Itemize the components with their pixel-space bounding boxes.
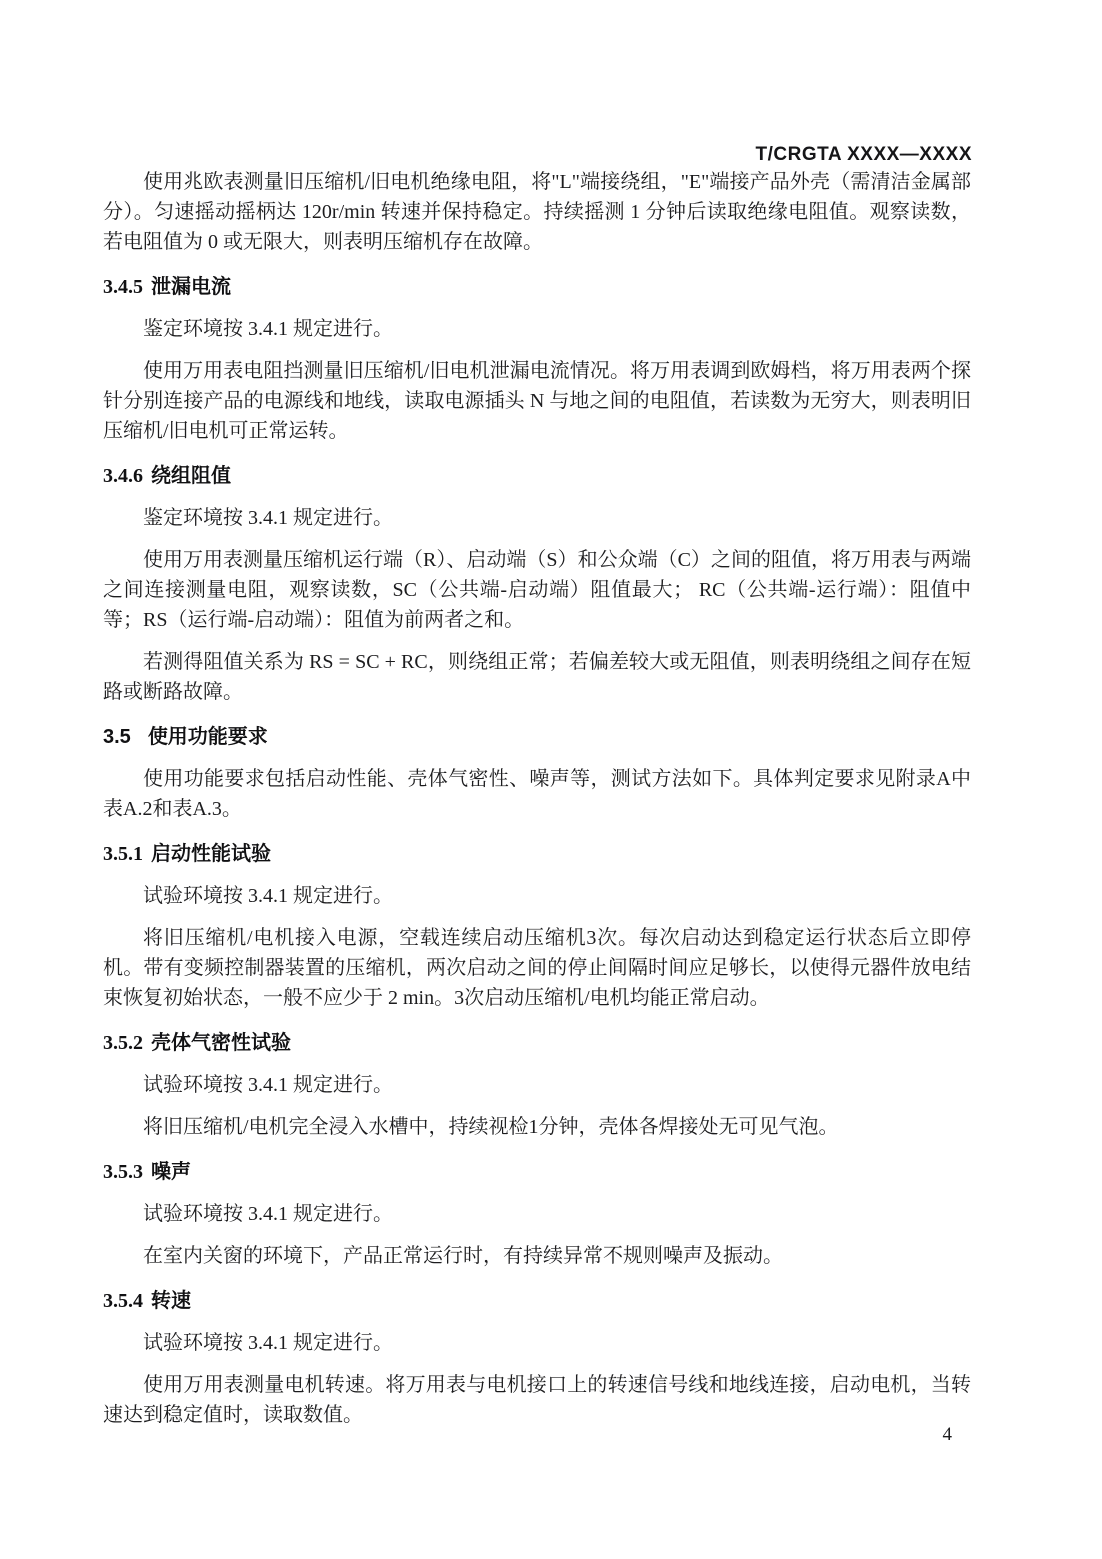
section-heading-3-5: 3.5使用功能要求 (103, 722, 971, 752)
section-heading-3-4-6: 3.4.6绕组阻值 (103, 461, 971, 491)
paragraph-env-3-4-5: 鉴定环境按 3.4.1 规定进行。 (103, 314, 971, 344)
heading-title: 噪声 (151, 1161, 191, 1183)
heading-number: 3.5.4 (103, 1290, 143, 1312)
heading-title: 绕组阻值 (151, 465, 231, 487)
paragraph-winding-resistance: 使用万用表测量压缩机运行端（R）、启动端（S）和公众端（C）之间的阻值，将万用表… (103, 545, 971, 635)
section-heading-3-5-4: 3.5.4转速 (103, 1286, 971, 1316)
paragraph-env-3-5-4: 试验环境按 3.4.1 规定进行。 (103, 1328, 971, 1358)
heading-title: 泄漏电流 (151, 276, 231, 298)
heading-title: 启动性能试验 (151, 843, 271, 865)
paragraph-airtightness-test: 将旧压缩机/电机完全浸入水槽中，持续视检1分钟，壳体各焊接处无可见气泡。 (103, 1112, 971, 1142)
section-heading-3-4-5: 3.4.5泄漏电流 (103, 272, 971, 302)
document-content: 使用兆欧表测量旧压缩机/旧电机绝缘电阻，将"L"端接绕组，"E"端接产品外壳（需… (103, 167, 971, 1430)
heading-number: 3.5 (103, 726, 131, 748)
paragraph-env-3-5-2: 试验环境按 3.4.1 规定进行。 (103, 1070, 971, 1100)
heading-number: 3.5.1 (103, 843, 143, 865)
section-heading-3-5-1: 3.5.1启动性能试验 (103, 839, 971, 869)
heading-title: 壳体气密性试验 (151, 1032, 291, 1054)
heading-title: 使用功能要求 (148, 726, 268, 748)
document-page: T/CRGTA XXXX—XXXX 使用兆欧表测量旧压缩机/旧电机绝缘电阻，将"… (0, 0, 1102, 1559)
paragraph-function-requirements: 使用功能要求包括启动性能、壳体气密性、噪声等，测试方法如下。具体判定要求见附录A… (103, 764, 971, 824)
heading-number: 3.4.6 (103, 465, 143, 487)
heading-number: 3.5.3 (103, 1161, 143, 1183)
paragraph-env-3-5-1: 试验环境按 3.4.1 规定进行。 (103, 881, 971, 911)
page-number: 4 (943, 1424, 953, 1446)
paragraph-env-3-5-3: 试验环境按 3.4.1 规定进行。 (103, 1199, 971, 1229)
paragraph-env-3-4-6: 鉴定环境按 3.4.1 规定进行。 (103, 503, 971, 533)
heading-number: 3.4.5 (103, 276, 143, 298)
section-heading-3-5-3: 3.5.3噪声 (103, 1157, 971, 1187)
paragraph-insulation-resistance: 使用兆欧表测量旧压缩机/旧电机绝缘电阻，将"L"端接绕组，"E"端接产品外壳（需… (103, 167, 971, 257)
paragraph-winding-relation: 若测得阻值关系为 RS = SC + RC，则绕组正常；若偏差较大或无阻值，则表… (103, 647, 971, 707)
section-heading-3-5-2: 3.5.2壳体气密性试验 (103, 1028, 971, 1058)
header-doc-code: T/CRGTA XXXX—XXXX (756, 144, 972, 166)
paragraph-speed-test: 使用万用表测量电机转速。将万用表与电机接口上的转速信号线和地线连接，启动电机，当… (103, 1370, 971, 1430)
paragraph-startup-test: 将旧压缩机/电机接入电源，空载连续启动压缩机3次。每次启动达到稳定运行状态后立即… (103, 923, 971, 1013)
paragraph-leakage-current: 使用万用表电阻挡测量旧压缩机/旧电机泄漏电流情况。将万用表调到欧姆档，将万用表两… (103, 356, 971, 446)
paragraph-noise-test: 在室内关窗的环境下，产品正常运行时，有持续异常不规则噪声及振动。 (103, 1241, 971, 1271)
heading-title: 转速 (151, 1290, 191, 1312)
heading-number: 3.5.2 (103, 1032, 143, 1054)
